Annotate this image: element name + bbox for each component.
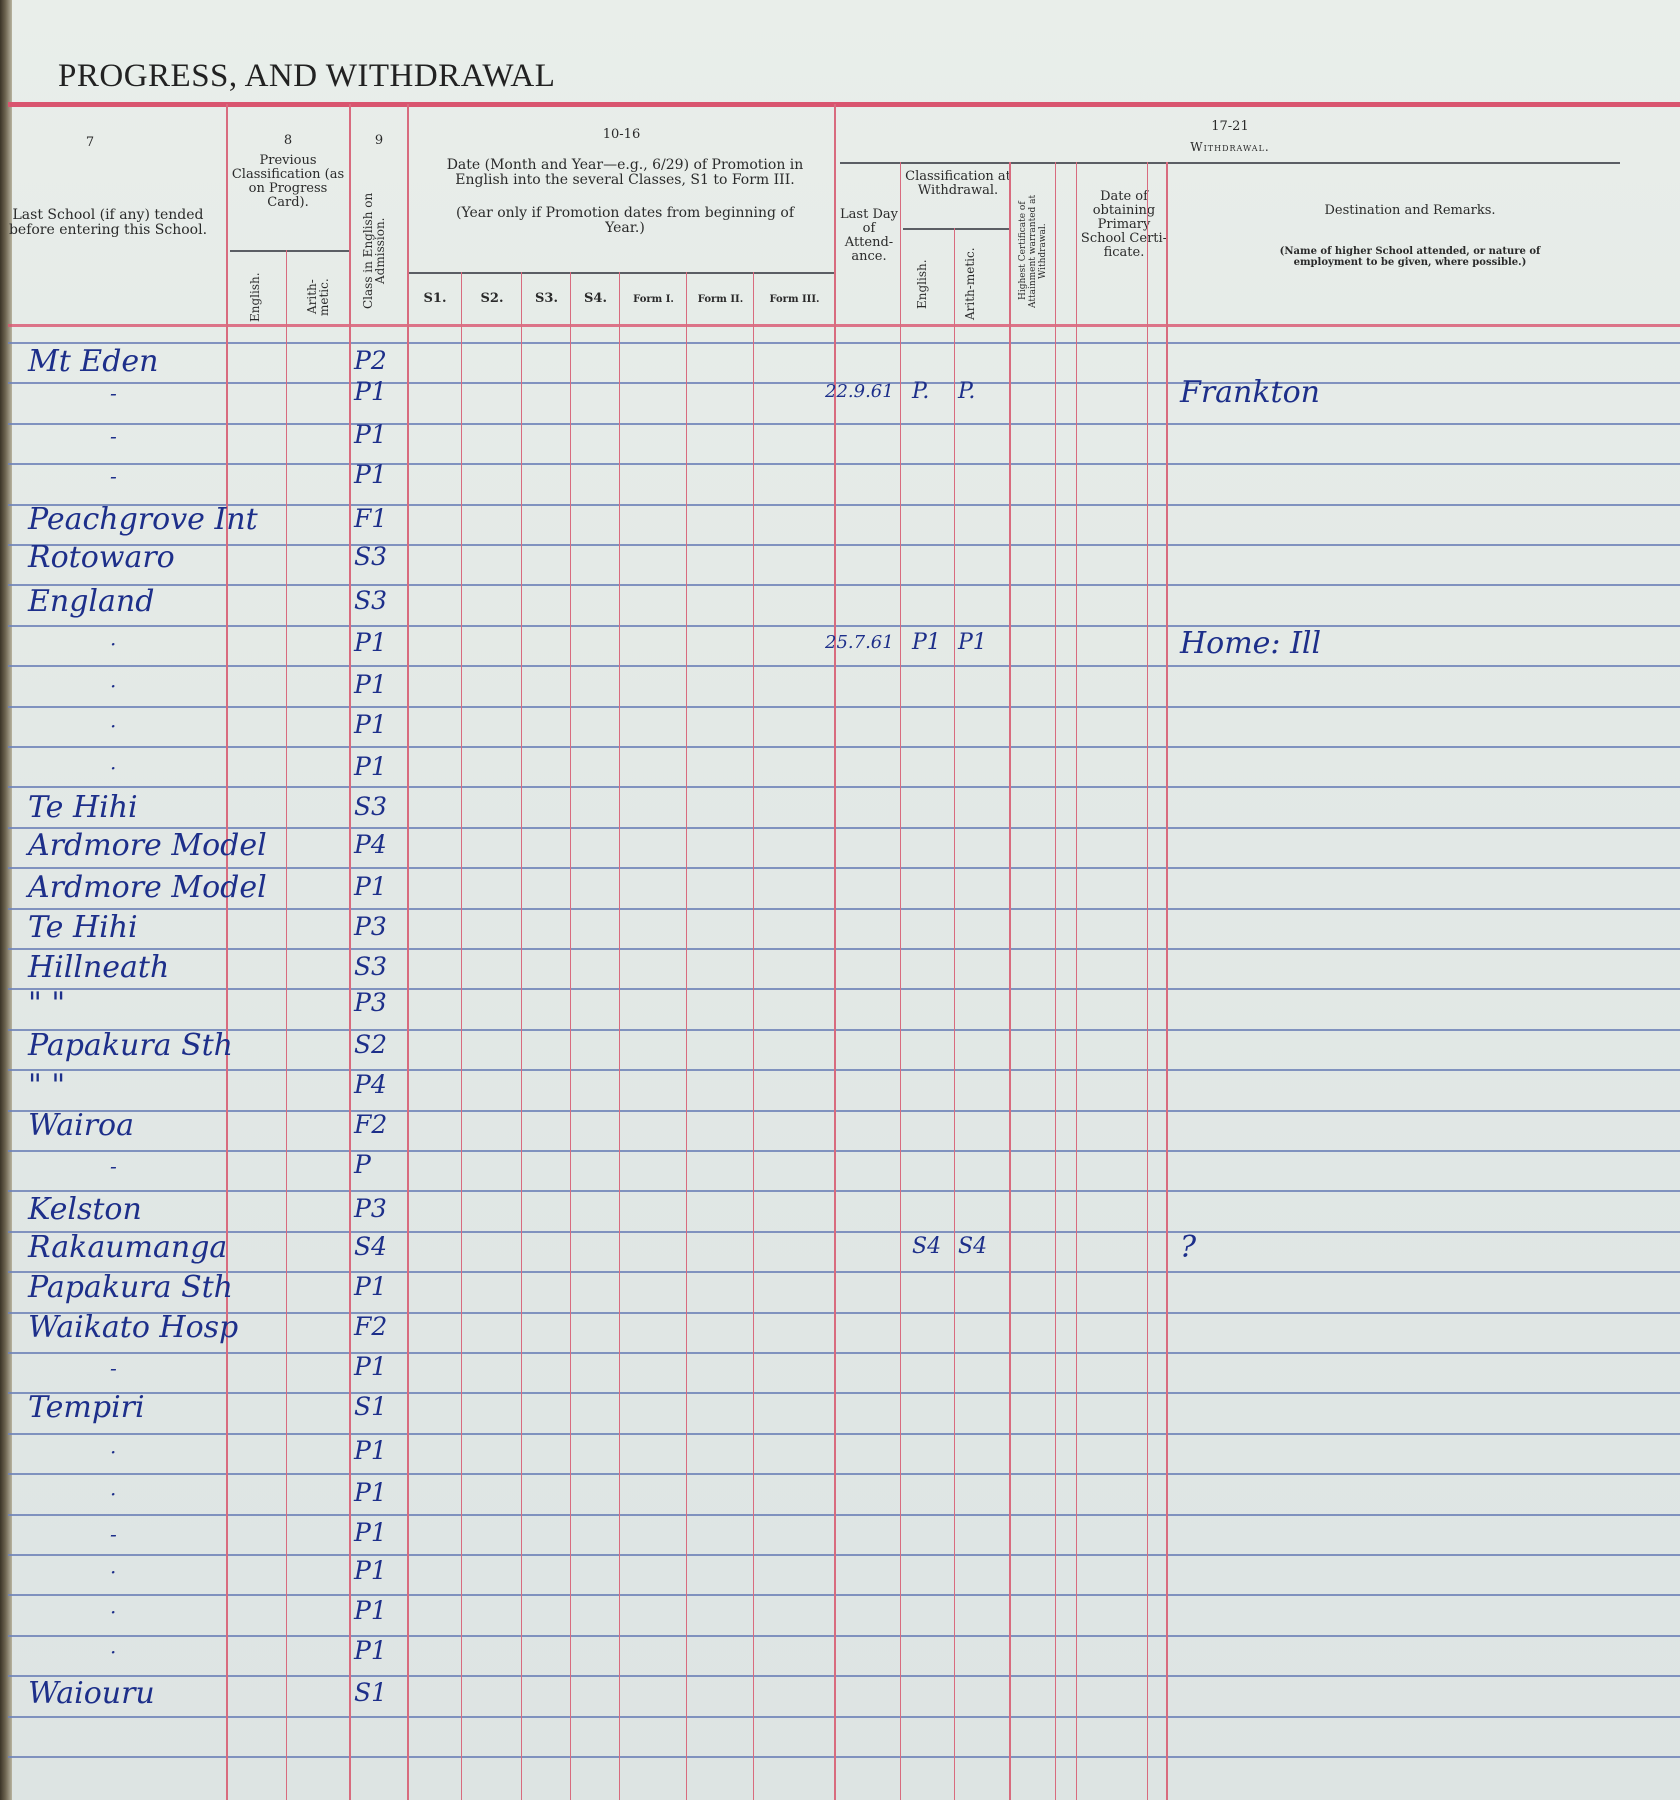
admission-class-cell: P1: [354, 1556, 387, 1585]
last-school-cell: Rotowaro: [28, 540, 175, 575]
last-school-cell: " ": [28, 1068, 65, 1103]
ruled-line: [8, 463, 1680, 465]
last-school-cell: Kelston: [28, 1192, 142, 1227]
ruled-line: [8, 988, 1680, 990]
last-school-cell: Peachgrove Int: [28, 502, 258, 537]
form3-header: Form III.: [754, 294, 835, 305]
ruled-line: [8, 1392, 1680, 1394]
last-school-cell: ·: [110, 756, 116, 780]
col-line: [1009, 162, 1011, 1800]
page-title: PROGRESS, AND WITHDRAWAL: [58, 58, 555, 95]
ruled-line: [8, 786, 1680, 788]
col7-label: Last School (if any) tended before enter…: [8, 208, 208, 238]
top-red-rule: [8, 102, 1680, 107]
col-line: [286, 250, 287, 1800]
admission-class-cell: S1: [354, 1678, 387, 1707]
last-school-cell: -: [110, 1522, 117, 1546]
ruled-line: [8, 1271, 1680, 1273]
classification-header: Classification at Withdrawal.: [903, 170, 1013, 198]
col-line: [753, 272, 754, 1800]
ruled-line: [8, 665, 1680, 667]
admission-class-cell: P1: [354, 872, 387, 901]
admission-class-cell: F2: [354, 1110, 387, 1139]
last-school-cell: Ardmore Model: [28, 828, 267, 863]
col10-16-number: 10-16: [408, 128, 835, 142]
ruled-line: [8, 1312, 1680, 1314]
register-page: PROGRESS, AND WITHDRAWAL 7 Last School (…: [0, 0, 1680, 1800]
col-line: [1147, 162, 1148, 1800]
last-school-cell: Tempiri: [28, 1390, 145, 1425]
s3-header: S3.: [522, 292, 571, 306]
last-day-cell: 22.9.61: [825, 381, 894, 402]
ruled-line: [8, 544, 1680, 546]
wd-english-header: English.: [916, 244, 928, 324]
ruled-line: [8, 584, 1680, 586]
ruled-line: [8, 1635, 1680, 1637]
admission-class-cell: P1: [354, 460, 387, 489]
admission-class-cell: P1: [354, 1636, 387, 1665]
ruled-line: [8, 1069, 1680, 1071]
admission-class-cell: S2: [354, 1030, 387, 1059]
admission-class-cell: P1: [354, 420, 387, 449]
s2-header: S2.: [462, 292, 522, 306]
col-line: [900, 162, 901, 1800]
form1-header: Form I.: [620, 294, 687, 305]
ruled-line: [8, 625, 1680, 627]
admission-class-cell: P1: [354, 1596, 387, 1625]
last-school-cell: Waiouru: [28, 1676, 155, 1711]
book-spine: [0, 0, 12, 1800]
last-school-cell: -: [110, 424, 117, 448]
col10-16-divider: [408, 272, 835, 274]
wd-english-cell: P.: [912, 379, 929, 404]
last-school-cell: ·: [110, 674, 116, 698]
destination-header: Destination and Remarks.: [1240, 204, 1580, 218]
admission-class-cell: P3: [354, 1194, 387, 1223]
wd-english-cell: P1: [912, 630, 941, 655]
col-line: [619, 272, 620, 1800]
col7-number: 7: [60, 136, 120, 150]
admission-class-cell: P1: [354, 1272, 387, 1301]
admission-class-cell: P1: [354, 1352, 387, 1381]
admission-class-cell: S3: [354, 952, 387, 981]
last-day-cell: 25.7.61: [825, 632, 894, 653]
col-line: [521, 272, 522, 1800]
ruled-line: [8, 908, 1680, 910]
ruled-line: [8, 1756, 1680, 1758]
last-school-cell: ·: [110, 632, 116, 656]
col17-21-label: Withdrawal.: [1170, 142, 1290, 153]
ruled-line: [8, 1716, 1680, 1718]
ruled-line: [8, 1433, 1680, 1435]
wd-arith-cell: S4: [958, 1234, 987, 1259]
admission-class-cell: P1: [354, 670, 387, 699]
ruled-line: [8, 1029, 1680, 1031]
col9-label: Class in English on Admission.: [362, 176, 394, 326]
last-school-cell: ·: [110, 1560, 116, 1584]
admission-class-cell: P1: [354, 1436, 387, 1465]
col-line: [1166, 162, 1168, 1800]
wd-english-cell: S4: [912, 1234, 941, 1259]
col-line: [954, 228, 955, 1800]
col8-number: 8: [227, 134, 349, 148]
ruled-line: [8, 706, 1680, 708]
col-line: [686, 272, 687, 1800]
last-day-header: Last Day of Attend-ance.: [838, 208, 900, 264]
ruled-line: [8, 504, 1680, 506]
admission-class-cell: P2: [354, 346, 387, 375]
admission-class-cell: F1: [354, 504, 387, 533]
ruled-line: [8, 1231, 1680, 1233]
remarks-cell: Frankton: [1180, 375, 1320, 410]
col-line: [834, 104, 836, 1800]
col17-21-number: 17-21: [1190, 120, 1270, 134]
remarks-cell: ?: [1180, 1230, 1196, 1265]
last-school-cell: -: [110, 464, 117, 488]
col-line: [1076, 162, 1077, 1800]
primary-cert-header: Date of obtaining Primary School Certi-f…: [1080, 190, 1168, 260]
admission-class-cell: P1: [354, 1518, 387, 1547]
col-line: [1055, 162, 1056, 1800]
col10-16-note: (Year only if Promotion dates from begin…: [440, 206, 810, 236]
last-school-cell: Te Hihi: [28, 910, 138, 945]
last-school-cell: -: [110, 1356, 117, 1380]
last-school-cell: ·: [110, 1600, 116, 1624]
col9-number: 9: [350, 134, 408, 148]
last-school-cell: ·: [110, 1482, 116, 1506]
admission-class-cell: P1: [354, 377, 387, 406]
last-school-cell: England: [28, 584, 154, 619]
admission-class-cell: P3: [354, 912, 387, 941]
form2-header: Form II.: [687, 294, 754, 305]
admission-class-cell: S4: [354, 1232, 387, 1261]
last-school-cell: Mt Eden: [28, 344, 159, 379]
wd-arith-header: Arith-metic.: [964, 244, 990, 324]
admission-class-cell: S3: [354, 586, 387, 615]
last-school-cell: Te Hihi: [28, 790, 138, 825]
admission-class-cell: S3: [354, 792, 387, 821]
remarks-cell: Home: Ill: [1180, 626, 1321, 661]
s4-header: S4.: [571, 292, 620, 306]
ruled-line: [8, 423, 1680, 425]
ruled-line: [8, 746, 1680, 748]
classification-divider: [903, 228, 1010, 230]
ruled-line: [8, 1473, 1680, 1475]
last-school-cell: -: [110, 381, 117, 405]
admission-class-cell: P1: [354, 628, 387, 657]
admission-class-cell: P1: [354, 1478, 387, 1507]
last-school-cell: ·: [110, 1640, 116, 1664]
last-school-cell: " ": [28, 986, 65, 1021]
admission-class-cell: S3: [354, 542, 387, 571]
last-school-cell: -: [110, 1154, 117, 1178]
col10-16-label: Date (Month and Year—e.g., 6/29) of Prom…: [440, 158, 810, 188]
col-line: [461, 272, 462, 1800]
admission-class-cell: F2: [354, 1312, 387, 1341]
ruled-line: [8, 867, 1680, 869]
col-line: [407, 104, 409, 1800]
last-school-cell: Wairoa: [28, 1108, 134, 1143]
admission-class-cell: S1: [354, 1392, 387, 1421]
last-school-cell: Waikato Hosp: [28, 1310, 238, 1345]
col8-divider: [230, 250, 350, 252]
col-line: [349, 104, 351, 1800]
ruled-line: [8, 948, 1680, 950]
ruled-line: [8, 1554, 1680, 1556]
admission-class-cell: P1: [354, 752, 387, 781]
wd-arith-cell: P1: [958, 630, 987, 655]
withdrawal-divider: [840, 162, 1620, 164]
wd-arith-cell: P.: [958, 379, 975, 404]
ruled-line: [8, 1150, 1680, 1152]
ruled-line: [8, 1594, 1680, 1596]
col-line: [570, 272, 571, 1800]
s1-header: S1.: [408, 292, 462, 306]
ruled-line: [8, 342, 1680, 344]
col-line: [226, 104, 228, 1800]
admission-class-cell: P1: [354, 710, 387, 739]
ruled-line: [8, 1675, 1680, 1677]
last-school-cell: Rakaumanga: [28, 1230, 227, 1265]
col8-arith-header: Arith-metic.: [306, 262, 330, 332]
admission-class-cell: P3: [354, 988, 387, 1017]
last-school-cell: Hillneath: [28, 950, 169, 985]
col8-english-header: English.: [249, 262, 261, 332]
col8-label: Previous Classification (as on Progress …: [230, 154, 346, 210]
admission-class-cell: P4: [354, 1070, 387, 1099]
ruled-line: [8, 1190, 1680, 1192]
admission-class-cell: P: [354, 1150, 371, 1179]
last-school-cell: Ardmore Model: [28, 870, 267, 905]
ruled-line: [8, 1514, 1680, 1516]
last-school-cell: Papakura Sth: [28, 1028, 233, 1063]
admission-class-cell: P4: [354, 830, 387, 859]
destination-note: (Name of higher School attended, or natu…: [1275, 246, 1545, 268]
ruled-line: [8, 1352, 1680, 1354]
last-school-cell: ·: [110, 714, 116, 738]
last-school-cell: ·: [110, 1440, 116, 1464]
ruled-line: [8, 1110, 1680, 1112]
last-school-cell: Papakura Sth: [28, 1270, 233, 1305]
highest-cert-header: Highest Certificate of Attainment warran…: [1018, 176, 1078, 326]
